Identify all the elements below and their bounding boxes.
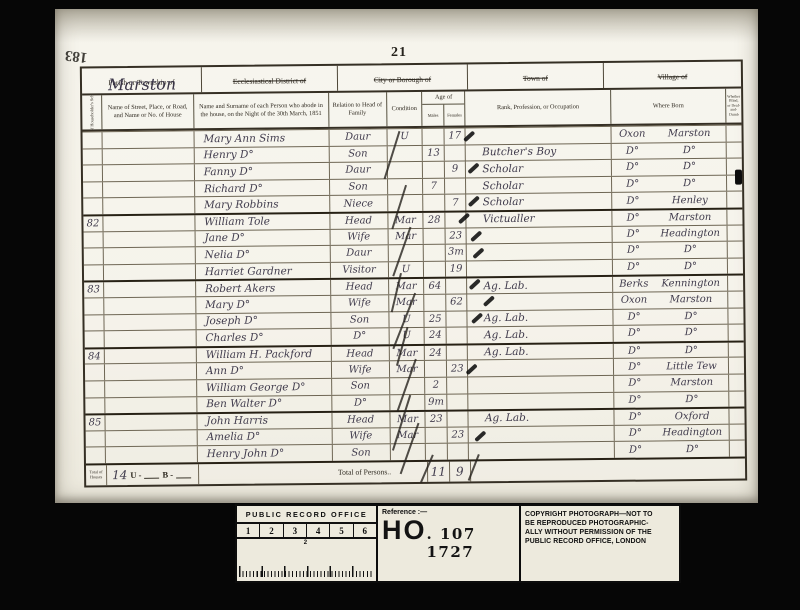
age-female-cell: 23 [448, 427, 470, 443]
age-male-cell: 24 [425, 345, 447, 360]
occupation-cell: Victualler [467, 211, 613, 227]
disability-cell [729, 358, 744, 374]
col-age-males: Males [423, 105, 445, 126]
where-born-cell: Oxon Marston [613, 292, 728, 309]
disability-cell [728, 276, 743, 291]
age-male-cell: 23 [426, 412, 448, 427]
disability-cell [728, 258, 743, 274]
person-name: Joseph D° [196, 312, 331, 329]
where-born-cell: D° Headington [615, 424, 730, 441]
schedule-number [85, 365, 105, 381]
disability-cell [729, 391, 744, 407]
born-place: D° [654, 244, 727, 256]
born-place: D° [653, 161, 726, 173]
uninhabited-label: U - [130, 470, 141, 480]
born-place: D° [653, 178, 726, 190]
born-county: D° [613, 212, 654, 223]
age-female-cell [445, 178, 467, 194]
reference-number: . 107 1727 [427, 525, 516, 561]
occupation-cell: Scholar [466, 160, 612, 177]
street-cell [104, 247, 196, 264]
person-name: Mary Ann Sims [194, 130, 329, 147]
street-cell [106, 447, 198, 464]
street-cell [104, 297, 196, 314]
relation-cell: Son [332, 445, 390, 461]
disability-cell [729, 374, 744, 390]
person-name: Mary Robbins [195, 196, 330, 213]
schedule-number [86, 431, 106, 447]
born-county: Oxon [612, 129, 653, 140]
where-born-cell: D° Marston [614, 375, 729, 392]
relation-cell: Head [330, 213, 388, 228]
schedule-number: 83 [84, 283, 104, 298]
street-cell [105, 380, 197, 397]
born-place: Marston [654, 211, 727, 223]
schedule-number [83, 132, 103, 148]
age-female-cell [445, 145, 467, 161]
street-cell [105, 330, 197, 347]
person-name: Robert Akers [196, 280, 331, 296]
age-female-cell [448, 444, 470, 460]
relation-cell: D° [331, 328, 389, 344]
person-name: William George D° [197, 379, 332, 396]
col-age: Age of Males Females [423, 91, 466, 125]
where-born-cell: D° D° [613, 242, 728, 259]
disability-cell [728, 242, 743, 258]
occupation-cell: Ag. Lab. [468, 344, 614, 360]
ecclesiastical-district-cell: Ecclesiastical District of [202, 66, 338, 92]
schedule-number [83, 199, 103, 215]
where-born-cell: D° D° [612, 159, 727, 176]
age-female-cell [447, 345, 469, 360]
age-female-cell: 9 [445, 162, 467, 178]
schedule-number [84, 232, 104, 248]
relation-cell: Head [331, 280, 389, 295]
occupation-cell [469, 442, 615, 459]
disability-cell [727, 210, 742, 225]
where-born-cell: D° Headington [613, 225, 728, 242]
disability-cell [730, 424, 745, 440]
street-cell [105, 348, 197, 364]
born-place: Marston [654, 294, 727, 306]
occupation-cell [466, 127, 612, 144]
born-county: Oxon [613, 295, 654, 306]
where-born-cell: D° Marston [613, 210, 728, 226]
age-female-cell [446, 279, 468, 294]
where-born-cell: D° D° [615, 441, 730, 458]
age-male-cell: 24 [425, 328, 447, 344]
relation-cell: Son [331, 312, 389, 328]
schedule-number [85, 398, 105, 414]
relation-cell: Head [332, 412, 390, 427]
disability-cell [728, 308, 743, 324]
schedule-number [84, 265, 104, 281]
street-cell [104, 282, 196, 298]
page-number: 21 [391, 45, 407, 61]
total-houses-value: 14 [112, 468, 127, 482]
age-female-cell: 62 [446, 294, 468, 310]
relation-cell: Son [330, 179, 388, 195]
col-age-females: Females [444, 104, 465, 125]
census-sheet: 183 21 Parish or Township of Marston Ecc… [55, 9, 758, 503]
occupation-cell [468, 376, 614, 393]
ruler-number: 2 [260, 524, 283, 537]
born-place: Headington [656, 427, 729, 439]
relation-cell: Wife [332, 362, 390, 378]
age-female-cell: 3m [446, 245, 468, 261]
born-county: D° [613, 245, 654, 256]
parish-cell: Parish or Township of Marston [82, 67, 202, 93]
occupation-cell [469, 392, 615, 409]
street-cell [106, 430, 198, 447]
born-county: D° [613, 228, 654, 239]
born-county: D° [615, 444, 656, 455]
disability-cell [726, 126, 741, 142]
street-cell [103, 198, 195, 215]
ruler-tick-scale: 2 [237, 539, 376, 581]
person-name: Jane D° [195, 229, 330, 246]
relation-cell: D° [332, 395, 390, 411]
born-place: D° [655, 394, 728, 406]
building-label: B - [162, 469, 173, 479]
occupation-cell: Ag. Lab. [469, 410, 615, 426]
person-name: Fanny D° [195, 163, 330, 180]
schedule-number [83, 182, 103, 198]
born-place: D° [654, 261, 727, 273]
person-name: William Tole [195, 214, 330, 230]
where-born-cell: D° Oxford [615, 409, 730, 425]
col-street: Name of Street, Place, or Road, and Name… [102, 94, 194, 129]
born-county: D° [614, 361, 655, 372]
village-label: Village of [658, 72, 688, 81]
occupation-cell: Ag. Lab. [468, 326, 614, 343]
born-county: D° [614, 394, 655, 405]
born-county: D° [612, 145, 653, 156]
schedule-number: 84 [85, 349, 105, 364]
copyright-line: ALLY WITHOUT PERMISSION OF THE [525, 528, 676, 537]
where-born-cell: Berks Kennington [613, 276, 728, 292]
person-name: Richard D° [195, 180, 330, 197]
street-cell [103, 215, 195, 231]
where-born-cell: D° D° [614, 391, 729, 408]
ruler-number: 6 [354, 524, 376, 537]
born-place: Headington [654, 228, 727, 240]
born-county: D° [614, 328, 655, 339]
schedule-number: 82 [83, 216, 103, 231]
person-name: William H. Packford [197, 347, 332, 363]
occupation-cell [468, 359, 614, 376]
born-place: Marston [653, 128, 726, 140]
disability-cell [729, 325, 744, 341]
census-table: Parish or Township of Marston Ecclesiast… [80, 60, 747, 488]
occupation-cell: Scholar [467, 193, 613, 210]
street-cell [104, 264, 196, 281]
schedule-number [85, 331, 105, 347]
age-female-cell: 7 [445, 195, 467, 211]
where-born-cell: D° D° [614, 308, 729, 325]
schedule-number [85, 381, 105, 397]
age-male-cell [423, 129, 445, 145]
reference-prefix: HO [382, 518, 427, 542]
born-place: D° [655, 327, 728, 339]
stamp-copyright-section: COPYRIGHT PHOTOGRAPH—NOT TO BE REPRODUCE… [521, 506, 679, 581]
person-name: Henry John D° [198, 445, 333, 462]
disability-cell [727, 142, 742, 158]
age-female-cell [447, 377, 469, 393]
age-female-cell: 23 [447, 361, 469, 377]
person-name: Mary D° [196, 296, 331, 313]
relation-cell: Visitor [331, 262, 389, 278]
schedule-number [83, 149, 103, 165]
condition-cell: Mar [389, 346, 425, 361]
ruler-number: 3 [284, 524, 307, 537]
stamp-reference-section: Reference :— HO . 107 1727 [378, 506, 521, 581]
disability-cell [728, 291, 743, 307]
person-name: Harriet Gardner [196, 263, 331, 280]
born-county: D° [612, 162, 653, 173]
scanned-census-page: 183 21 Parish or Township of Marston Ecc… [0, 0, 800, 610]
town-label: Town of [523, 74, 548, 83]
ruler-ticks-short [239, 571, 374, 577]
person-name: Charles D° [196, 329, 331, 346]
disability-cell [730, 441, 745, 457]
age-male-cell: 2 [426, 378, 448, 394]
schedule-number [84, 315, 104, 331]
born-place: Kennington [654, 278, 727, 290]
condition-cell: Mar [389, 361, 425, 377]
where-born-cell: D° Little Tew [614, 358, 729, 375]
total-females: 9 [448, 461, 470, 481]
born-place: Oxford [656, 411, 729, 423]
col-where-born: Where Born [611, 89, 726, 124]
born-place: Little Tew [655, 360, 728, 372]
folio-number: 183 [64, 46, 88, 66]
age-male-cell: 28 [424, 213, 446, 228]
age-male-cell [424, 261, 446, 277]
age-male-cell: 9m [426, 394, 448, 410]
born-county: D° [614, 378, 655, 389]
age-female-cell: 17 [444, 128, 466, 144]
reference-value: HO . 107 1727 [382, 518, 515, 561]
relation-cell: Niece [330, 196, 388, 212]
street-cell [104, 314, 196, 331]
age-male-cell: 13 [423, 145, 445, 161]
relation-cell: Son [332, 378, 390, 394]
ruler-number: 5 [330, 524, 353, 537]
person-name: Ann D° [197, 362, 332, 379]
total-houses-label: Total of Houses [86, 470, 106, 480]
where-born-cell: D° Henley [612, 192, 727, 209]
where-born-cell: D° D° [614, 342, 729, 358]
street-cell [105, 414, 197, 430]
disability-cell [728, 225, 743, 241]
occupation-cell: Ag. Lab. [468, 309, 614, 326]
disability-cell [727, 192, 742, 208]
total-persons-label: Total of Persons.. [198, 462, 427, 484]
occupation-cell [467, 226, 613, 243]
relation-cell: Wife [330, 229, 388, 245]
col-disability: Whether Blind, or Deaf-and-Dumb [726, 89, 741, 123]
town-cell: Town of [468, 63, 604, 89]
relation-cell: Wife [332, 428, 390, 444]
person-name: Ben Walter D° [197, 395, 332, 412]
schedule-number [84, 248, 104, 264]
street-cell [105, 364, 197, 381]
relation-cell: Wife [331, 295, 389, 311]
person-name: John Harris [197, 413, 332, 429]
born-county: D° [613, 262, 654, 273]
born-county: D° [614, 311, 655, 322]
person-name: Amelia D° [197, 429, 332, 446]
schedule-number [84, 298, 104, 314]
copyright-line: PUBLIC RECORD OFFICE, LONDON [525, 537, 676, 546]
condition-cell [388, 195, 424, 211]
condition-cell: Mar [390, 412, 426, 427]
city-borough-label: City or Borough of [374, 75, 431, 85]
street-cell [104, 231, 196, 248]
age-male-cell: 64 [425, 279, 447, 294]
person-name: Henry D° [195, 146, 330, 163]
street-cell [103, 164, 195, 181]
born-county: D° [615, 411, 656, 422]
age-male-cell [423, 162, 445, 178]
relation-cell: Head [331, 346, 389, 361]
relation-cell: Daur [329, 129, 387, 145]
stamp-ruler-section: PUBLIC RECORD OFFICE 1 2 3 4 5 6 2 [237, 506, 378, 581]
occupation-cell [467, 243, 613, 260]
parish-value: Marston [108, 74, 176, 94]
ruler-number: 4 [307, 524, 330, 537]
where-born-cell: Oxon Marston [612, 126, 727, 143]
age-male-cell [425, 361, 447, 377]
street-cell [103, 148, 195, 165]
copyright-line: BE REPRODUCED PHOTOGRAPHIC- [525, 519, 676, 528]
age-female-cell [447, 328, 469, 344]
total-houses-cell: 14 U - B - [106, 464, 198, 485]
disability-cell [729, 409, 744, 424]
born-place: D° [655, 311, 728, 323]
ruler-inch-scale: 1 2 3 4 5 6 [237, 524, 376, 539]
city-borough-cell: City or Borough of [338, 64, 468, 90]
ecclesiastical-district-label: Ecclesiastical District of [233, 76, 306, 86]
age-male-cell: 7 [423, 178, 445, 194]
born-place: Henley [653, 194, 726, 206]
condition-cell: U [387, 129, 423, 145]
relation-cell: Daur [329, 162, 387, 178]
relation-cell: Son [329, 146, 387, 162]
age-male-cell [425, 295, 447, 311]
col-name: Name and Surname of each Person who abod… [194, 93, 329, 128]
condition-cell: Mar [389, 279, 425, 294]
schedule-number [86, 448, 106, 464]
condition-cell [387, 162, 423, 178]
ink-blot [735, 170, 742, 185]
person-name: Nelia D° [196, 246, 331, 263]
occupation-cell [467, 260, 613, 277]
age-female-cell [447, 412, 469, 427]
occupation-cell [469, 426, 615, 443]
born-county: D° [615, 427, 656, 438]
born-place: D° [656, 443, 729, 455]
col-occupation: Rank, Profession, or Occupation [466, 90, 612, 126]
born-county: D° [612, 195, 653, 206]
age-female-cell: 19 [446, 261, 468, 277]
street-cell [102, 131, 194, 148]
where-born-cell: D° D° [613, 258, 728, 275]
stamp-office-name: PUBLIC RECORD OFFICE [237, 506, 376, 524]
totals-empty-cell [470, 458, 745, 481]
copyright-line: COPYRIGHT PHOTOGRAPH—NOT TO [525, 510, 676, 519]
occupation-cell: Scholar [466, 177, 612, 194]
pro-stamp: PUBLIC RECORD OFFICE 1 2 3 4 5 6 2 Refer… [235, 504, 681, 583]
born-place: Marston [655, 377, 728, 389]
col-relation: Relation to Head of Family [329, 92, 387, 127]
relation-cell: Daur [330, 245, 388, 261]
ruler-number: 1 [237, 524, 260, 537]
schedule-number [83, 165, 103, 181]
born-place: D° [653, 145, 726, 157]
where-born-cell: D° D° [612, 175, 727, 192]
age-male-cell [426, 427, 448, 443]
col-age-label: Age of [423, 91, 465, 104]
schedule-number: 85 [85, 415, 105, 430]
condition-cell [388, 245, 424, 261]
occupation-cell: Butcher's Boy [466, 144, 612, 161]
col-schedule: No. of Householder's Schedule [82, 95, 102, 129]
age-male-cell [424, 245, 446, 261]
born-place: D° [655, 344, 728, 356]
born-county: Berks [613, 279, 654, 290]
disability-cell [729, 342, 744, 357]
village-cell: Village of [604, 62, 741, 88]
occupation-cell: Ag. Lab. [467, 277, 613, 293]
where-born-cell: D° D° [614, 325, 729, 342]
where-born-cell: D° D° [612, 142, 727, 159]
street-cell [105, 397, 197, 414]
street-cell [103, 181, 195, 198]
ruler-sub-number: 2 [304, 540, 307, 546]
born-county: D° [612, 179, 653, 190]
age-male-cell [424, 228, 446, 244]
age-male-cell: 25 [425, 311, 447, 327]
age-female-cell [447, 394, 469, 410]
born-county: D° [614, 345, 655, 356]
age-male-cell [424, 195, 446, 211]
total-males: 11 [427, 462, 449, 482]
age-female-cell: 23 [445, 228, 467, 244]
col-condition: Condition [387, 92, 423, 126]
age-female-cell [446, 311, 468, 327]
